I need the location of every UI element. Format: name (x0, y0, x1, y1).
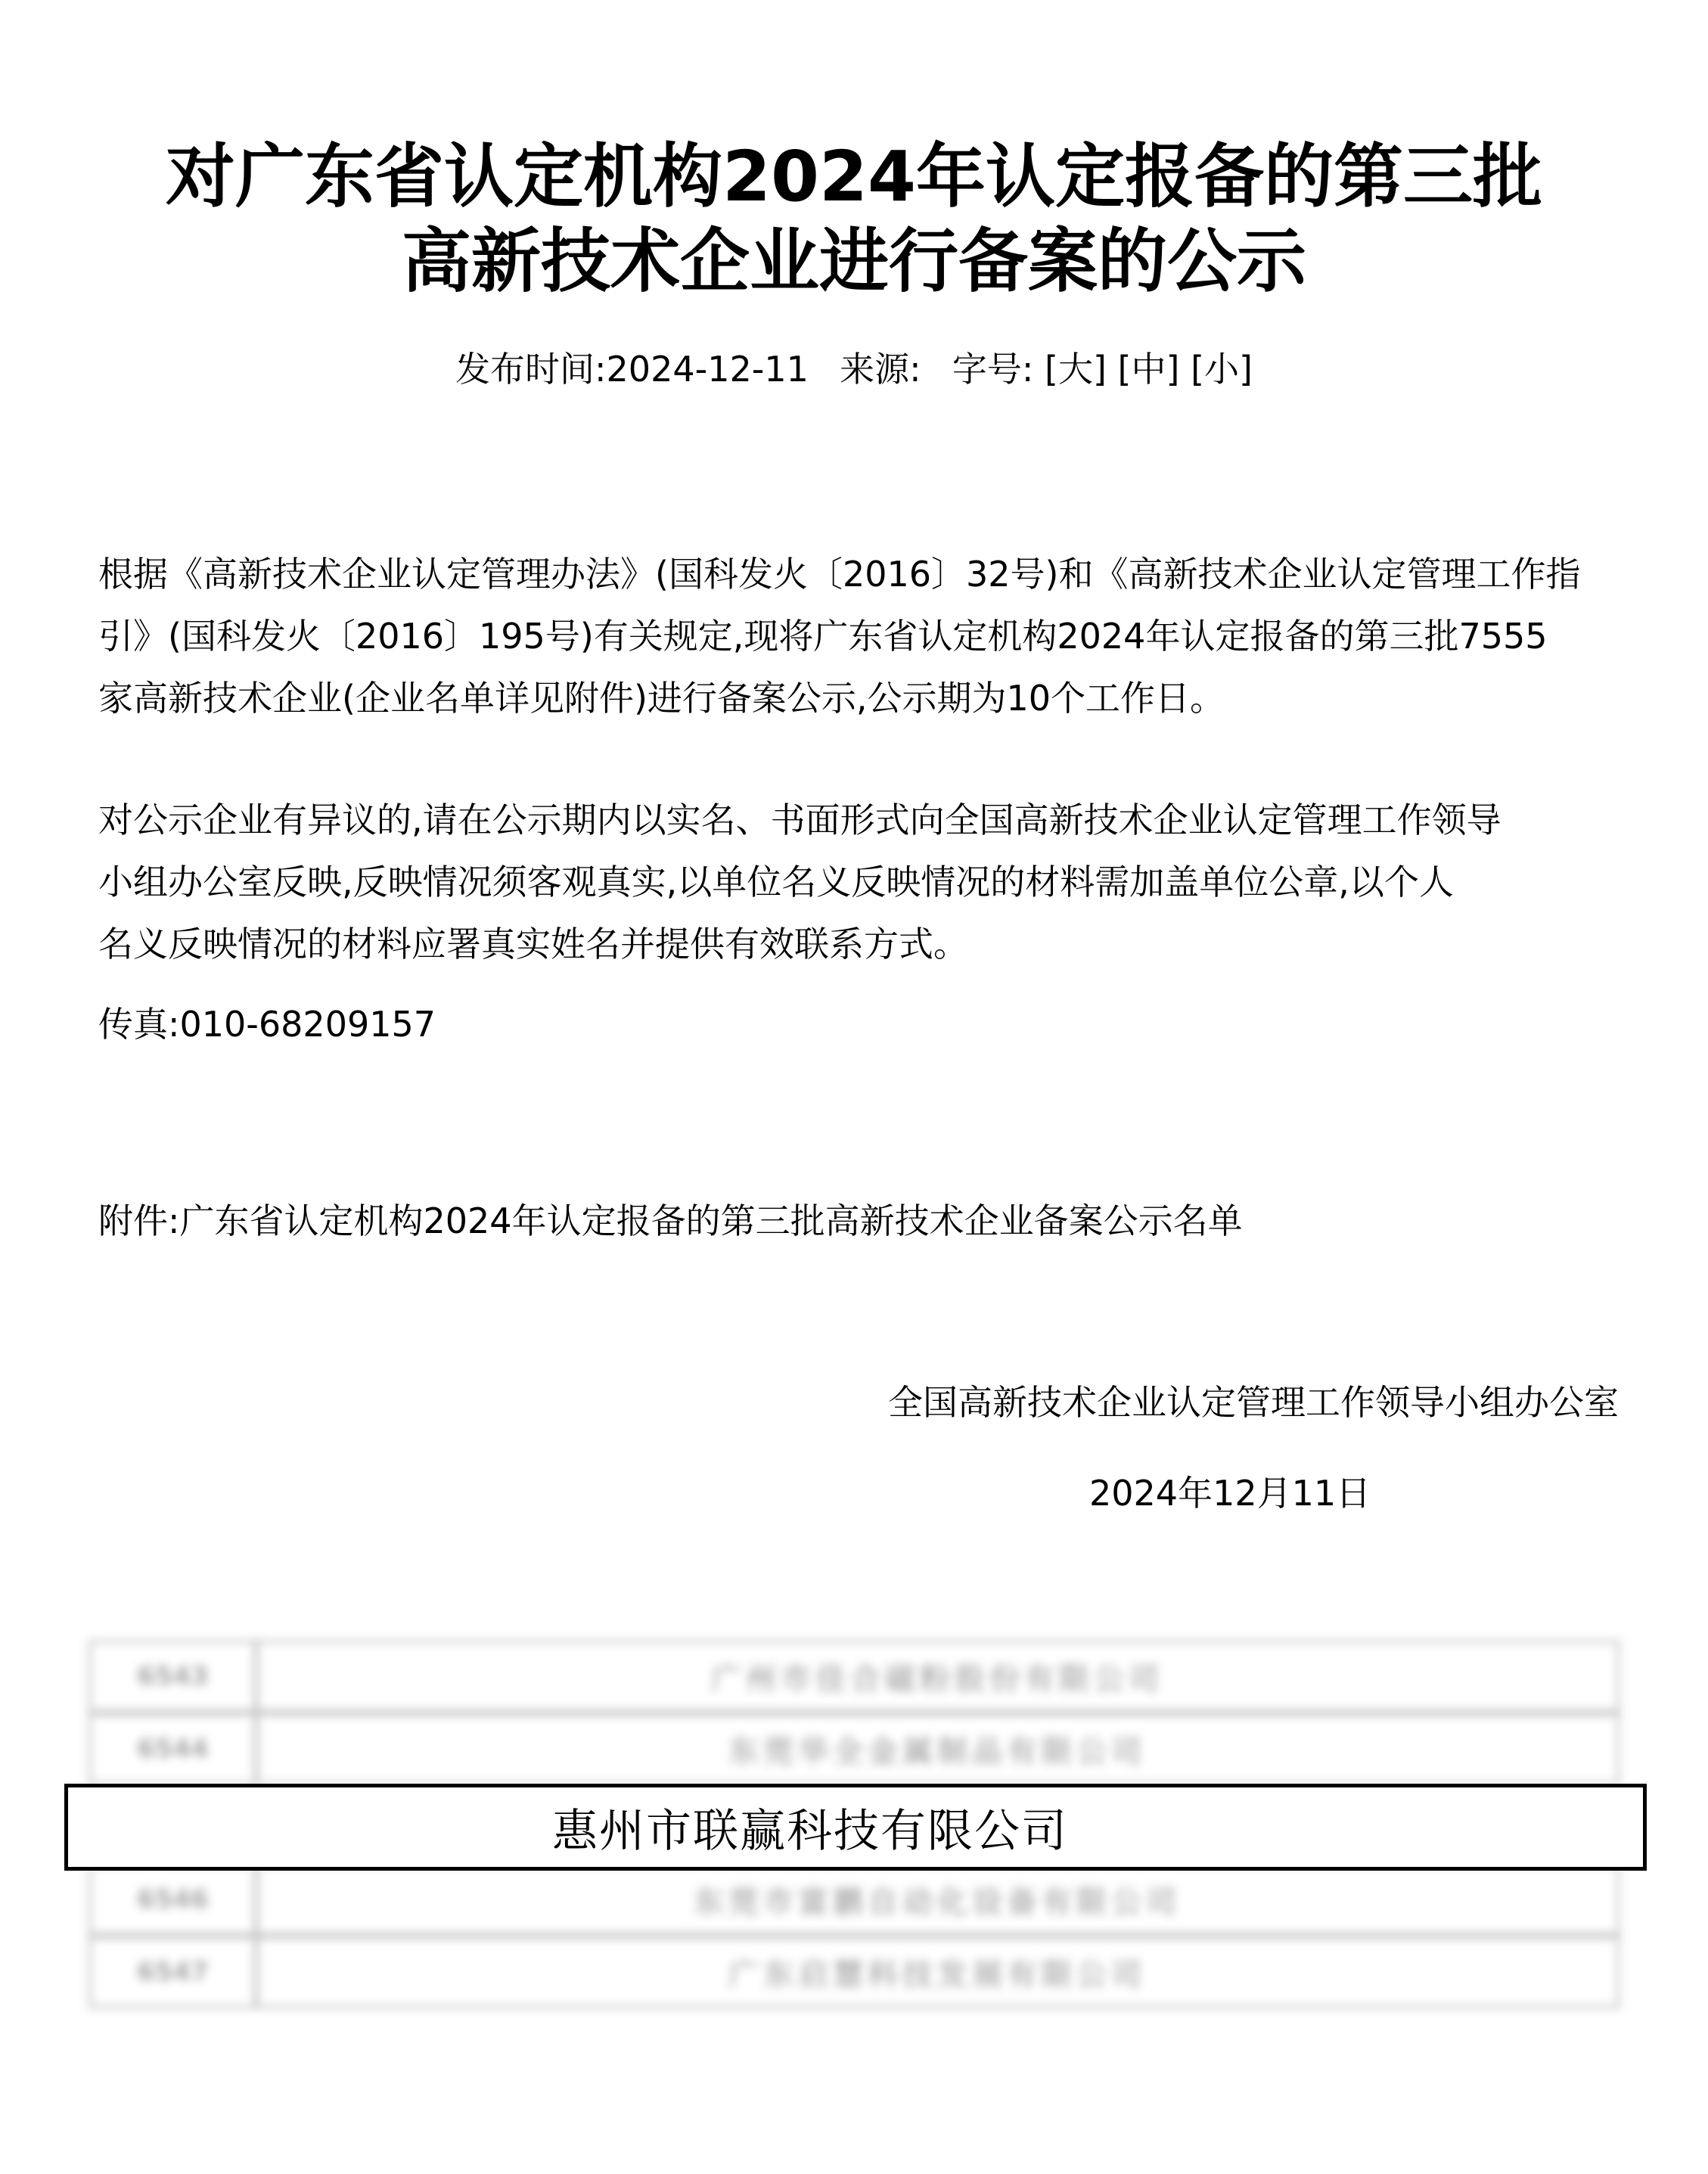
row-number: 6543 (92, 1643, 258, 1710)
paragraph-regulation-basis: 根据《高新技术企业认定管理办法》(国科发火〔2016〕32号)和《高新技术企业认… (98, 543, 1626, 729)
signature-date: 2024年12月11日 (1089, 1462, 1371, 1524)
title-line-2: 高新技术企业进行备案的公示 (0, 219, 1708, 304)
company-name: 广州市佳合磁粉股份有限公司 (258, 1643, 1616, 1710)
page-title: 对广东省认定机构2024年认定报备的第三批 高新技术企业进行备案的公示 (0, 135, 1708, 304)
article-meta: 发布时间:2024-12-11 来源: 字号: [大] [中] [小] (0, 346, 1708, 392)
signature-organization: 全国高新技术企业认定管理工作领导小组办公室 (817, 1371, 1619, 1433)
paragraph-line: 根据《高新技术企业认定管理办法》(国科发火〔2016〕32号)和《高新技术企业认… (98, 543, 1626, 605)
font-size-small-link[interactable]: [小] (1191, 349, 1253, 390)
row-number: 6544 (92, 1716, 258, 1782)
table-row: 6546 东莞市富鹏自动化设备有限公司 (89, 1863, 1619, 1936)
paragraph-line: 家高新技术企业(企业名单详见附件)进行备案公示,公示期为10个工作日。 (98, 667, 1626, 729)
publish-label: 发布时间: (455, 349, 607, 390)
paragraph-line: 小组办公室反映,反映情况须客观真实,以单位名义反映情况的材料需加盖单位公章,以个… (98, 851, 1626, 913)
font-size-medium-link[interactable]: [中] (1118, 349, 1180, 390)
paragraph-line: 引》(国科发火〔2016〕195号)有关规定,现将广东省认定机构2024年认定报… (98, 605, 1626, 667)
company-name: 东莞华全金属制品有限公司 (258, 1716, 1616, 1782)
paragraph-line: 名义反映情况的材料应署真实姓名并提供有效联系方式。 (98, 913, 1626, 975)
highlighted-company-row: 惠州市联赢科技有限公司 (64, 1784, 1647, 1871)
table-row: 6544 东莞华全金属制品有限公司 (89, 1713, 1619, 1785)
table-row: 6543 广州市佳合磁粉股份有限公司 (89, 1640, 1619, 1713)
attachment-link[interactable]: 附件:广东省认定机构2024年认定报备的第三批高新技术企业备案公示名单 (98, 1190, 1626, 1252)
table-row: 6547 广东启慧科技发展有限公司 (89, 1936, 1619, 2008)
row-number: 6546 (92, 1866, 258, 1933)
highlighted-company-name: 惠州市联赢科技有限公司 (552, 1795, 1068, 1860)
font-size-large-link[interactable]: [大] (1045, 349, 1107, 390)
row-number: 6547 (92, 1939, 258, 2005)
paragraph-objection-instructions: 对公示企业有异议的,请在公示期内以实名、书面形式向全国高新技术企业认定管理工作领… (98, 789, 1626, 975)
company-name: 广东启慧科技发展有限公司 (258, 1939, 1616, 2005)
font-size-label: 字号: (952, 349, 1034, 390)
source-label: 来源: (840, 349, 921, 390)
fax-number: 传真:010-68209157 (98, 993, 1626, 1055)
company-name: 东莞市富鹏自动化设备有限公司 (258, 1866, 1616, 1933)
title-line-1: 对广东省认定机构2024年认定报备的第三批 (0, 135, 1708, 219)
publish-date: 2024-12-11 (607, 349, 809, 390)
paragraph-line: 对公示企业有异议的,请在公示期内以实名、书面形式向全国高新技术企业认定管理工作领… (98, 789, 1626, 851)
